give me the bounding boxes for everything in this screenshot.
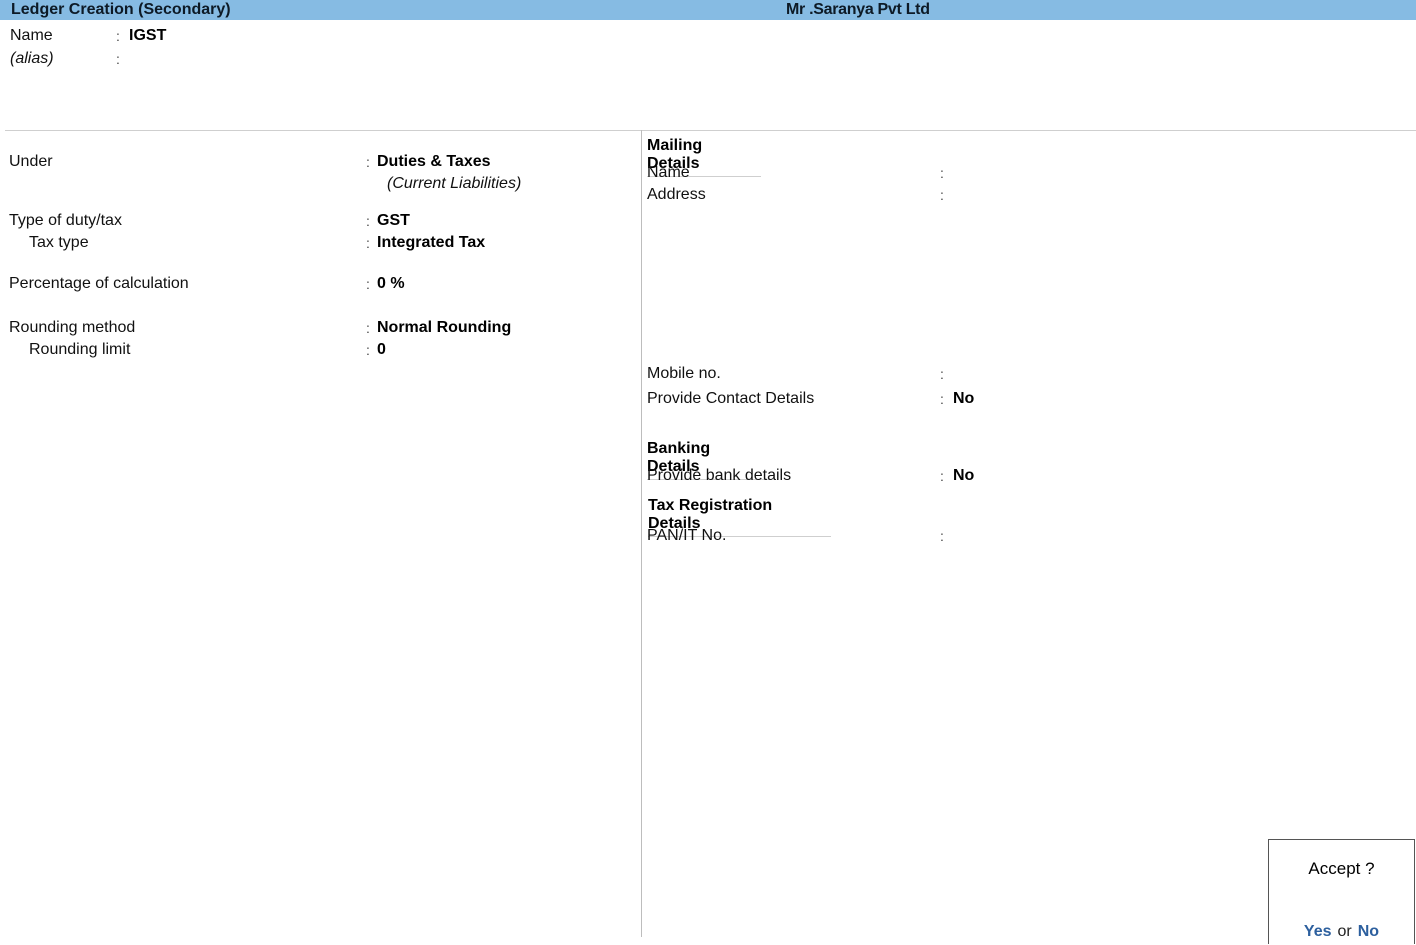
address-colon: : bbox=[940, 187, 944, 203]
name-colon: : bbox=[116, 28, 120, 44]
type-of-duty-field[interactable]: GST bbox=[377, 212, 410, 230]
no-button[interactable]: No bbox=[1358, 923, 1379, 940]
mailing-name-field[interactable] bbox=[953, 164, 1153, 182]
alias-colon: : bbox=[116, 51, 120, 67]
mobile-colon: : bbox=[940, 366, 944, 382]
accept-question: Accept ? bbox=[1269, 859, 1414, 879]
type-of-duty-label: Type of duty/tax bbox=[9, 212, 122, 230]
alias-field[interactable] bbox=[129, 50, 329, 68]
tax-type-label: Tax type bbox=[29, 234, 89, 252]
tax-type-field[interactable]: Integrated Tax bbox=[377, 234, 485, 252]
bank-details-label: Provide bank details bbox=[647, 467, 791, 485]
company-name: Mr .Saranya Pvt Ltd bbox=[786, 1, 930, 19]
percentage-label: Percentage of calculation bbox=[9, 275, 189, 293]
mailing-name-colon: : bbox=[940, 165, 944, 181]
title-bar: Ledger Creation (Secondary) Mr .Saranya … bbox=[0, 0, 1416, 20]
address-label: Address bbox=[647, 186, 706, 204]
header-divider bbox=[5, 130, 1416, 131]
under-label: Under bbox=[9, 153, 53, 171]
mailing-name-label: Name bbox=[647, 164, 690, 182]
rounding-method-colon: : bbox=[366, 320, 370, 336]
alias-label: (alias) bbox=[10, 50, 54, 68]
rounding-limit-colon: : bbox=[366, 342, 370, 358]
name-field[interactable]: IGST bbox=[129, 27, 166, 45]
column-divider bbox=[641, 130, 642, 937]
under-field[interactable]: Duties & Taxes bbox=[377, 153, 491, 171]
pan-label: PAN/IT No. bbox=[647, 527, 726, 545]
mobile-field[interactable] bbox=[953, 365, 1153, 383]
rounding-limit-label: Rounding limit bbox=[29, 341, 130, 359]
contact-details-label: Provide Contact Details bbox=[647, 390, 814, 408]
or-text: or bbox=[1338, 923, 1352, 940]
contact-details-colon: : bbox=[940, 391, 944, 407]
type-of-duty-colon: : bbox=[366, 213, 370, 229]
percentage-field[interactable]: 0 % bbox=[377, 275, 405, 293]
accept-dialog: Accept ? YesorNo bbox=[1268, 839, 1415, 944]
contact-details-field[interactable]: No bbox=[953, 390, 974, 408]
address-field[interactable] bbox=[953, 186, 1153, 204]
rounding-limit-field[interactable]: 0 bbox=[377, 341, 386, 359]
mobile-label: Mobile no. bbox=[647, 365, 721, 383]
under-parent-group: (Current Liabilities) bbox=[387, 175, 521, 193]
pan-field[interactable] bbox=[953, 527, 1153, 545]
percentage-colon: : bbox=[366, 276, 370, 292]
bank-details-field[interactable]: No bbox=[953, 467, 974, 485]
name-label: Name bbox=[10, 27, 53, 45]
under-colon: : bbox=[366, 154, 370, 170]
tax-type-colon: : bbox=[366, 235, 370, 251]
bank-details-colon: : bbox=[940, 468, 944, 484]
screen-title: Ledger Creation (Secondary) bbox=[11, 1, 231, 19]
rounding-method-label: Rounding method bbox=[9, 319, 135, 337]
yes-button[interactable]: Yes bbox=[1304, 923, 1332, 940]
accept-options: YesorNo bbox=[1269, 923, 1414, 941]
rounding-method-field[interactable]: Normal Rounding bbox=[377, 319, 511, 337]
pan-colon: : bbox=[940, 528, 944, 544]
